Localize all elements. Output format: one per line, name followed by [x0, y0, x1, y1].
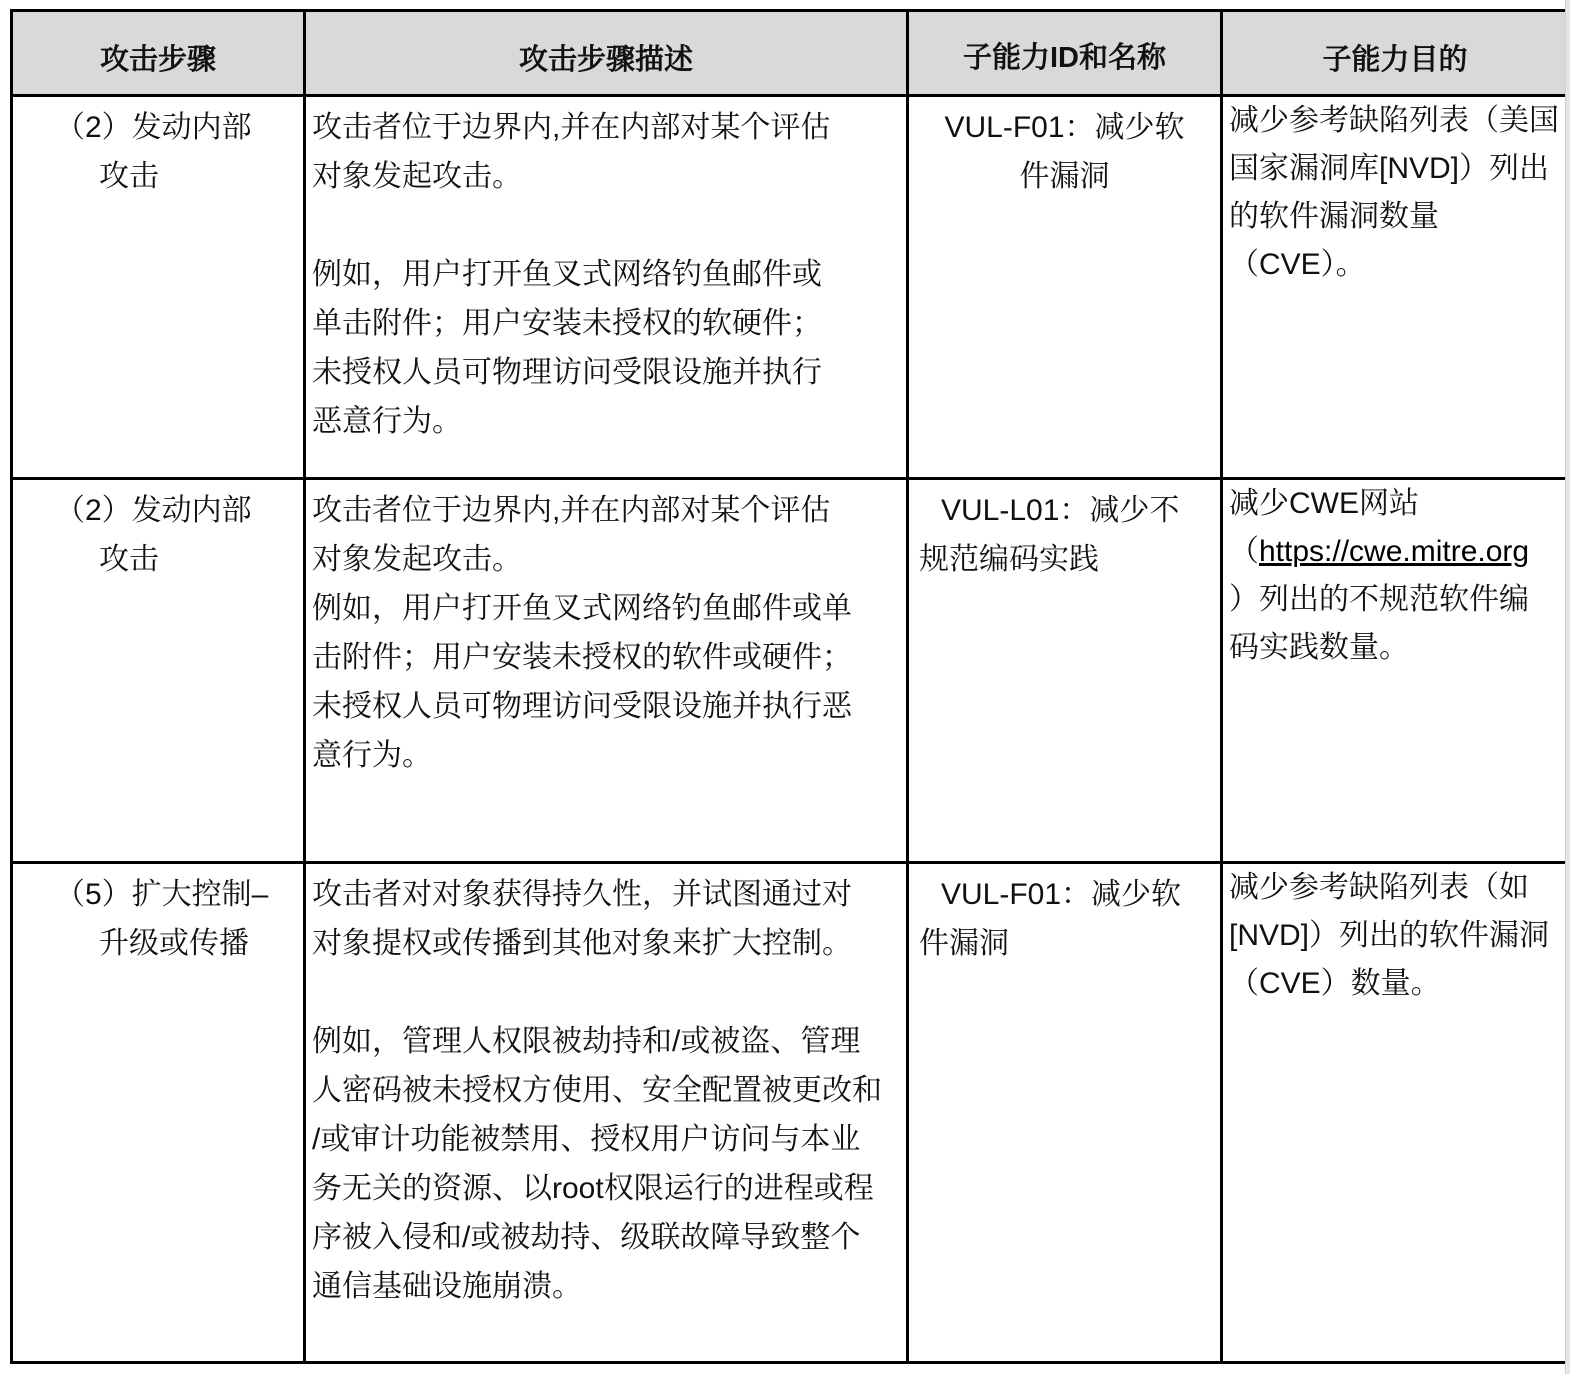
document-page: 攻击步骤 攻击步骤描述 子能力ID和名称 子能力目的 （2）发动内部 攻击 攻击… [0, 0, 1570, 1374]
cell-capability-goal: 减少参考缺陷列表（如 [NVD]）列出的软件漏洞 （CVE）数量。 [1222, 863, 1569, 1363]
table-row: （5）扩大控制– 升级或传播 攻击者对对象获得持久性，并试图通过对 对象提权或传… [12, 863, 1569, 1363]
table-row: （2）发动内部 攻击 攻击者位于边界内,并在内部对某个评估 对象发起攻击。 例如… [12, 96, 1569, 479]
cell-capability-id: VUL-F01：减少软 件漏洞 [908, 96, 1222, 479]
cell-attack-step: （5）扩大控制– 升级或传播 [12, 863, 305, 1363]
cell-attack-step: （2）发动内部 攻击 [12, 479, 305, 863]
cell-description: 攻击者位于边界内,并在内部对某个评估 对象发起攻击。 例如，用户打开鱼叉式网络钓… [305, 479, 908, 863]
vertical-scrollbar[interactable] [1565, 0, 1570, 1374]
description-text: 攻击者位于边界内,并在内部对某个评估 对象发起攻击。 例如，用户打开鱼叉式网络钓… [312, 486, 900, 780]
cell-capability-id: VUL-L01：减少不 规范编码实践 [908, 479, 1222, 863]
cell-capability-goal: 减少CWE网站 （https://cwe.mitre.org ）列出的不规范软件… [1222, 479, 1569, 863]
header-capability-id-name: 子能力ID和名称 [908, 11, 1222, 96]
cwe-link[interactable]: https://cwe.mitre.org [1259, 535, 1529, 568]
attack-capability-table: 攻击步骤 攻击步骤描述 子能力ID和名称 子能力目的 （2）发动内部 攻击 攻击… [10, 9, 1570, 1364]
header-attack-step: 攻击步骤 [12, 11, 305, 96]
description-text: 攻击者对对象获得持久性，并试图通过对 对象提权或传播到其他对象来扩大控制。 [312, 870, 900, 968]
table-row: （2）发动内部 攻击 攻击者位于边界内,并在内部对某个评估 对象发起攻击。 例如… [12, 479, 1569, 863]
description-text: 攻击者位于边界内,并在内部对某个评估 对象发起攻击。 [312, 103, 900, 201]
cell-capability-goal: 减少参考缺陷列表（美国 国家漏洞库[NVD]）列出 的软件漏洞数量 （CVE）。 [1222, 96, 1569, 479]
header-capability-goal: 子能力目的 [1222, 11, 1569, 96]
cell-capability-id: VUL-F01：减少软 件漏洞 [908, 863, 1222, 1363]
description-example: 例如，用户打开鱼叉式网络钓鱼邮件或 单击附件；用户安装未授权的软硬件； 未授权人… [312, 250, 900, 446]
cell-description: 攻击者对对象获得持久性，并试图通过对 对象提权或传播到其他对象来扩大控制。 例如… [305, 863, 908, 1363]
description-example: 例如，管理人权限被劫持和/或被盗、管理 人密码被未授权方使用、安全配置被更改和 … [312, 1017, 900, 1311]
cell-description: 攻击者位于边界内,并在内部对某个评估 对象发起攻击。 例如，用户打开鱼叉式网络钓… [305, 96, 908, 479]
header-attack-step-description: 攻击步骤描述 [305, 11, 908, 96]
cell-attack-step: （2）发动内部 攻击 [12, 96, 305, 479]
table-header-row: 攻击步骤 攻击步骤描述 子能力ID和名称 子能力目的 [12, 11, 1569, 96]
